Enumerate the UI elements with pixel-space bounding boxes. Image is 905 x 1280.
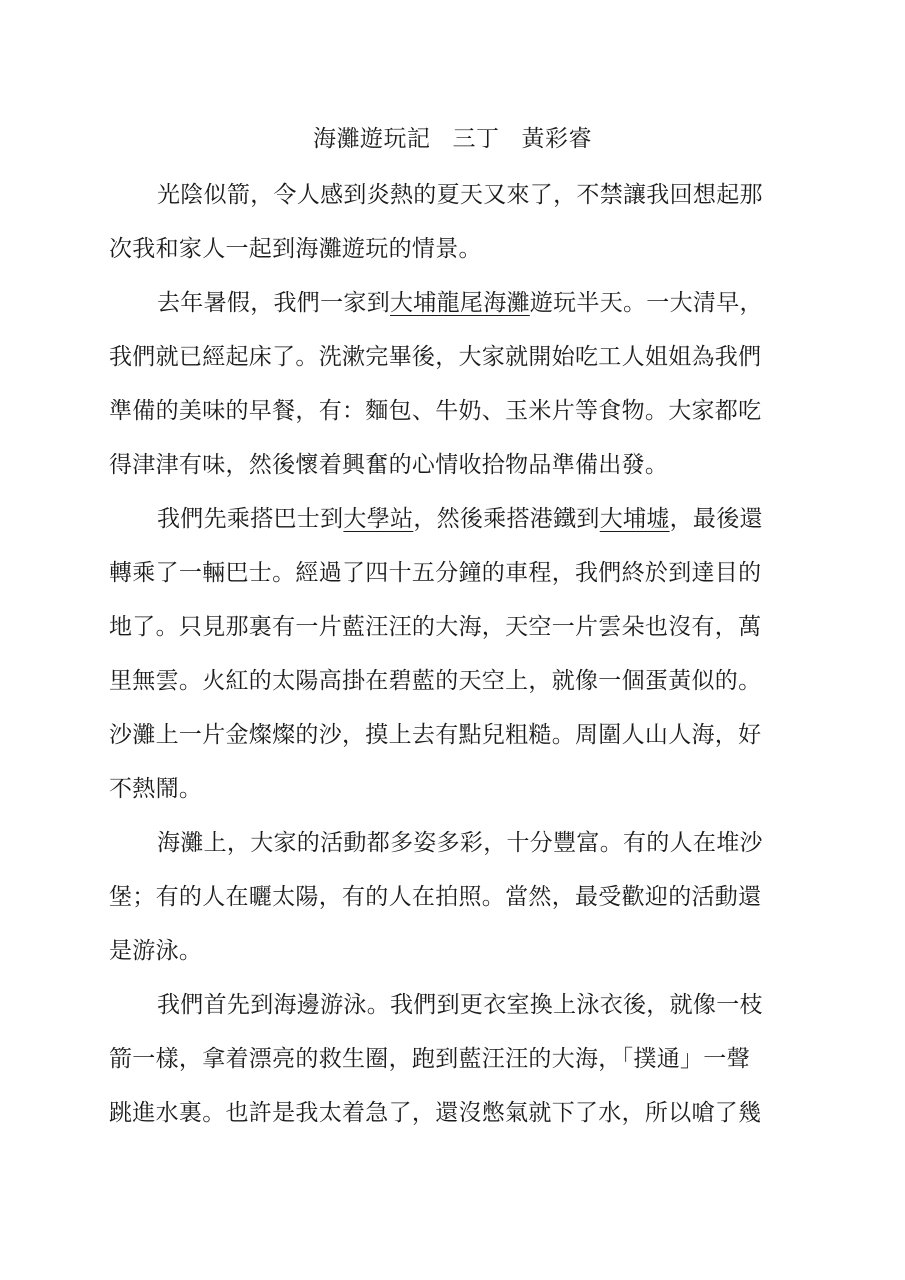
text-segment: ，最後還 [670, 506, 763, 532]
text-segment: 轉乘了一輛巴士。經過了四十五分鐘的車程，我們終於到達目的 [109, 560, 761, 586]
text-line: 不熱鬧。 [109, 767, 799, 821]
paragraph: 光陰似箭，令人感到炎熱的夏天又來了，不禁讓我回想起那次我和家人一起到海灘遊玩的情… [109, 173, 799, 281]
document-page: 海灘遊玩記三丁黃彩睿 光陰似箭，令人感到炎熱的夏天又來了，不禁讓我回想起那次我和… [0, 0, 905, 1280]
text-segment: 不熱鬧。 [109, 776, 202, 802]
text-segment: ，然後乘搭港鐵到 [413, 506, 599, 532]
text-line: 里無雲。火紅的太陽高掛在碧藍的天空上，就像一個蛋黃似的。 [109, 659, 799, 713]
essay-title: 海灘遊玩記 [313, 121, 431, 157]
class-label: 三丁 [453, 121, 500, 157]
text-segment: 去年暑假，我們一家到 [157, 290, 390, 316]
text-line: 沙灘上一片金燦燦的沙，摸上去有點兒粗糙。周圍人山人海，好 [109, 713, 799, 767]
text-line: 得津津有味，然後懷着興奮的心情收拾物品準備出發。 [109, 443, 799, 497]
text-line: 地了。只見那裏有一片藍汪汪的大海，天空一片雲朵也沒有，萬 [109, 605, 799, 659]
text-line: 箭一樣，拿着漂亮的救生圈，跑到藍汪汪的大海，「撲通」一聲 [109, 1037, 799, 1091]
paragraph: 我們首先到海邊游泳。我們到更衣室換上泳衣後，就像一枝箭一樣，拿着漂亮的救生圈，跑… [109, 983, 799, 1145]
text-line: 我們就已經起床了。洗漱完畢後，大家就開始吃工人姐姐為我們 [109, 335, 799, 389]
author-name: 黃彩睿 [522, 121, 593, 157]
text-line: 我們先乘搭巴士到大學站，然後乘搭港鐵到大埔墟，最後還 [109, 497, 799, 551]
text-line: 海灘上，大家的活動都多姿多彩，十分豐富。有的人在堆沙 [109, 821, 799, 875]
text-line: 去年暑假，我們一家到大埔龍尾海灘遊玩半天。一大清早， [109, 281, 799, 335]
text-segment: 次我和家人一起到海灘遊玩的情景。 [109, 236, 482, 262]
text-segment: 是游泳。 [109, 938, 202, 964]
essay-body: 光陰似箭，令人感到炎熱的夏天又來了，不禁讓我回想起那次我和家人一起到海灘遊玩的情… [109, 173, 799, 1145]
text-segment: 準備的美味的早餐，有：麵包、牛奶、玉米片等食物。大家都吃 [109, 398, 761, 424]
text-line: 轉乘了一輛巴士。經過了四十五分鐘的車程，我們終於到達目的 [109, 551, 799, 605]
text-line: 跳進水裏。也許是我太着急了，還沒憋氣就下了水，所以嗆了幾 [109, 1091, 799, 1145]
paragraph: 我們先乘搭巴士到大學站，然後乘搭港鐵到大埔墟，最後還轉乘了一輛巴士。經過了四十五… [109, 497, 799, 821]
text-segment: 沙灘上一片金燦燦的沙，摸上去有點兒粗糙。周圍人山人海，好 [109, 722, 761, 748]
text-segment: 遊玩半天。一大清早， [530, 290, 763, 316]
text-segment: 海灘上，大家的活動都多姿多彩，十分豐富。有的人在堆沙 [157, 830, 763, 856]
text-segment: 跳進水裏。也許是我太着急了，還沒憋氣就下了水，所以嗆了幾 [109, 1100, 761, 1126]
underlined-place-name: 大埔墟 [600, 506, 670, 532]
text-segment: 地了。只見那裏有一片藍汪汪的大海，天空一片雲朵也沒有，萬 [109, 614, 761, 640]
essay-heading: 海灘遊玩記三丁黃彩睿 [0, 121, 905, 157]
text-segment: 我們就已經起床了。洗漱完畢後，大家就開始吃工人姐姐為我們 [109, 344, 761, 370]
text-segment: 光陰似箭，令人感到炎熱的夏天又來了，不禁讓我回想起那 [157, 182, 763, 208]
underlined-place-name: 大埔龍尾海灘 [390, 290, 530, 316]
text-line: 是游泳。 [109, 929, 799, 983]
text-line: 次我和家人一起到海灘遊玩的情景。 [109, 227, 799, 281]
text-line: 堡；有的人在曬太陽，有的人在拍照。當然，最受歡迎的活動還 [109, 875, 799, 929]
text-line: 光陰似箭，令人感到炎熱的夏天又來了，不禁讓我回想起那 [109, 173, 799, 227]
text-segment: 我們首先到海邊游泳。我們到更衣室換上泳衣後，就像一枝 [157, 992, 763, 1018]
text-segment: 我們先乘搭巴士到 [157, 506, 343, 532]
text-segment: 里無雲。火紅的太陽高掛在碧藍的天空上，就像一個蛋黃似的。 [109, 668, 761, 694]
text-line: 我們首先到海邊游泳。我們到更衣室換上泳衣後，就像一枝 [109, 983, 799, 1037]
text-segment: 得津津有味，然後懷着興奮的心情收拾物品準備出發。 [109, 452, 668, 478]
paragraph: 去年暑假，我們一家到大埔龍尾海灘遊玩半天。一大清早，我們就已經起床了。洗漱完畢後… [109, 281, 799, 497]
text-segment: 箭一樣，拿着漂亮的救生圈，跑到藍汪汪的大海，「撲通」一聲 [109, 1046, 750, 1072]
text-segment: 堡；有的人在曬太陽，有的人在拍照。當然，最受歡迎的活動還 [109, 884, 761, 910]
paragraph: 海灘上，大家的活動都多姿多彩，十分豐富。有的人在堆沙堡；有的人在曬太陽，有的人在… [109, 821, 799, 983]
text-line: 準備的美味的早餐，有：麵包、牛奶、玉米片等食物。大家都吃 [109, 389, 799, 443]
underlined-place-name: 大學站 [343, 506, 413, 532]
